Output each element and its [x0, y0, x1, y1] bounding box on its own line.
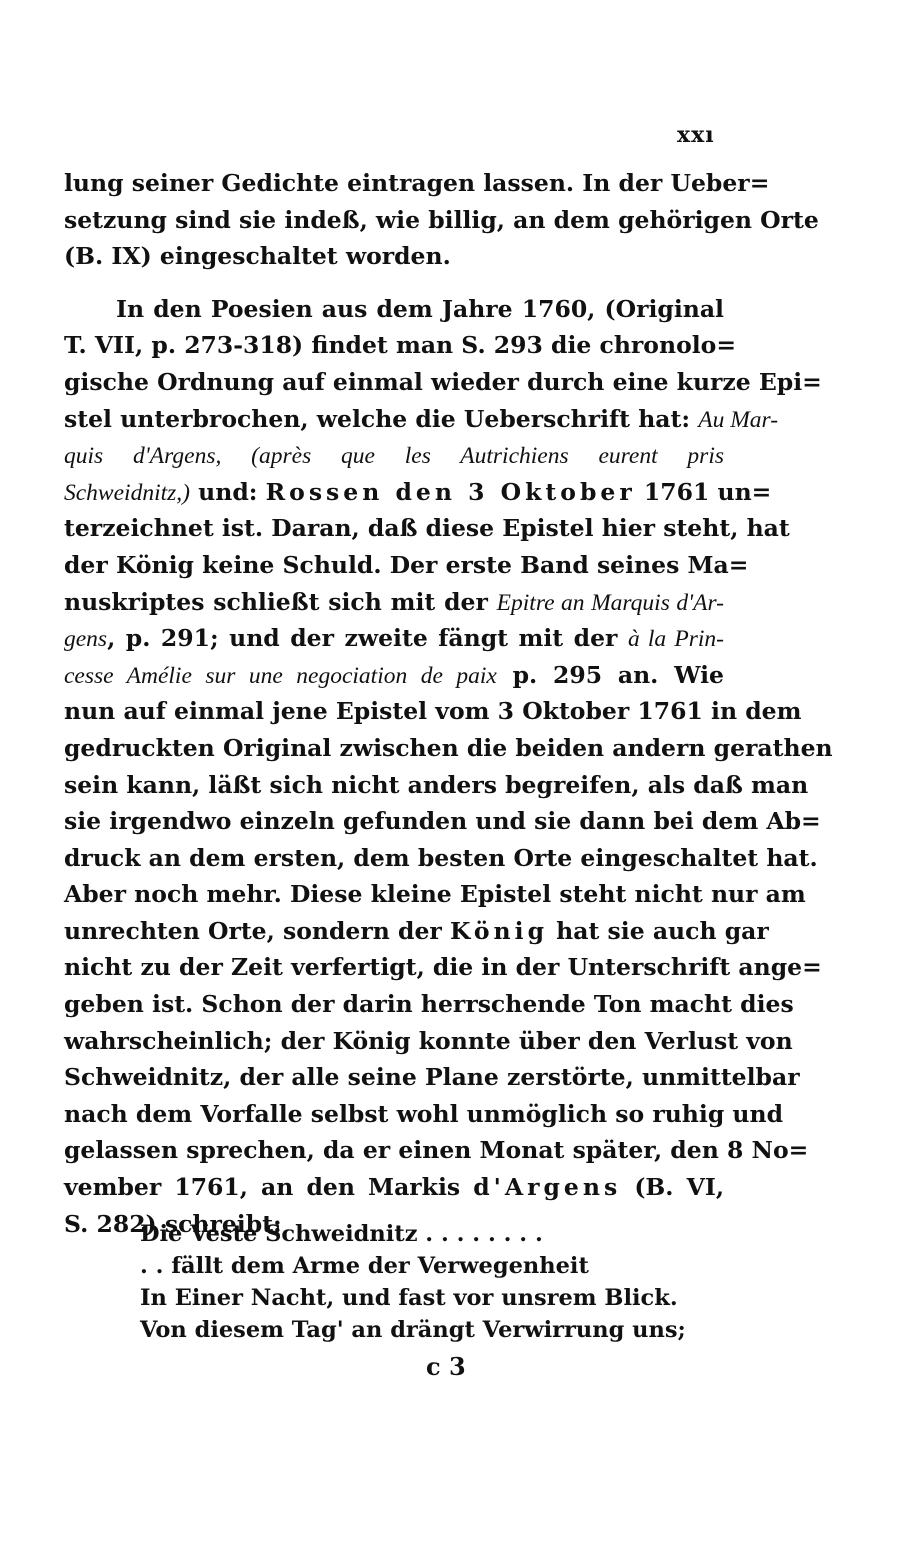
- text-line: geben ist. Schon der darin herrschende T…: [64, 986, 724, 1023]
- text-line: In den Poesien aus dem Jahre 1760, (Orig…: [64, 291, 724, 328]
- paragraph-2: In den Poesien aus dem Jahre 1760, (Orig…: [64, 291, 724, 1242]
- text-line: sein kann, läßt sich nicht anders begrei…: [64, 767, 724, 804]
- page-number: xxı: [677, 122, 715, 148]
- text-line: gische Ordnung auf einmal wieder durch e…: [64, 364, 724, 401]
- text-line: terzeichnet ist. Daran, daß diese Episte…: [64, 510, 724, 547]
- text-line: Aber noch mehr. Diese kleine Epistel ste…: [64, 876, 724, 913]
- text-line: sie irgendwo einzeln gefunden und sie da…: [64, 803, 724, 840]
- text-line: unrechten Orte, sondern der König hat si…: [64, 913, 724, 950]
- signature-mark: c 3: [426, 1352, 466, 1381]
- text-line: T. VII, p. 273-318) findet man S. 293 di…: [64, 327, 724, 364]
- text-line: gens, p. 291; und der zweite fängt mit d…: [64, 620, 724, 657]
- text-line: gelassen sprechen, da er einen Monat spä…: [64, 1132, 724, 1169]
- text-line: der König keine Schuld. Der erste Band s…: [64, 547, 724, 584]
- text-line: nicht zu der Zeit verfertigt, die in der…: [64, 949, 724, 986]
- text-line: quis d'Argens, (après que les Autrichien…: [64, 437, 724, 474]
- verse-line: Von diesem Tag' an drängt Verwirrung uns…: [140, 1314, 630, 1346]
- verse-line: . . fällt dem Arme der Verwegenheit: [140, 1250, 630, 1282]
- verse-line: Die Veste Schweidnitz . . . . . . . .: [140, 1218, 630, 1250]
- text-line: (B. IX) eingeschaltet worden.: [64, 238, 724, 275]
- text-line: gedruckten Original zwischen die beiden …: [64, 730, 724, 767]
- text-line: Schweidnitz,) und: Rossen den 3 Oktober …: [64, 474, 724, 511]
- text-line: nach dem Vorfalle selbst wohl unmöglich …: [64, 1096, 724, 1133]
- text-line: cesse Amélie sur une negociation de paix…: [64, 657, 724, 694]
- paragraph-1: lung seiner Gedichte eintragen lassen. I…: [64, 165, 724, 275]
- body-text: lung seiner Gedichte eintragen lassen. I…: [64, 165, 724, 1242]
- text-line: druck an dem ersten, dem besten Orte ein…: [64, 840, 724, 877]
- text-line: vember 1761, an den Markis d'Argens (B. …: [64, 1169, 724, 1206]
- text-line: lung seiner Gedichte eintragen lassen. I…: [64, 165, 724, 202]
- text-line: Schweidnitz, der alle seine Plane zerstö…: [64, 1059, 724, 1096]
- text-line: nun auf einmal jene Epistel vom 3 Oktobe…: [64, 693, 724, 730]
- text-line: wahrscheinlich; der König konnte über de…: [64, 1023, 724, 1060]
- text-line: stel unterbrochen, welche die Ueberschri…: [64, 401, 724, 438]
- text-line: nuskriptes schließt sich mit der Epitre …: [64, 584, 724, 621]
- verse-line: In Einer Nacht, und fast vor unsrem Blic…: [140, 1282, 630, 1314]
- text-line: setzung sind sie indeß, wie billig, an d…: [64, 202, 724, 239]
- verse-quotation: Die Veste Schweidnitz . . . . . . . . . …: [140, 1218, 630, 1346]
